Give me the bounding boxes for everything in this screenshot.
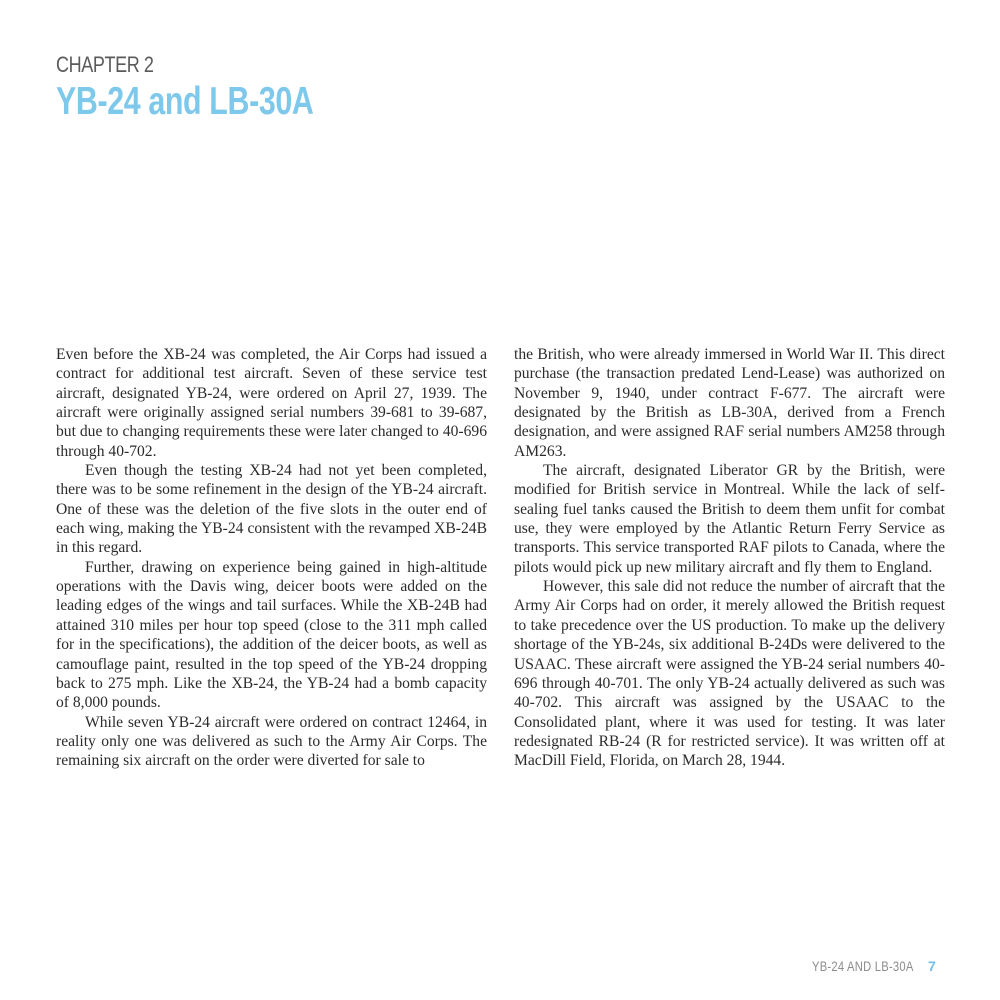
paragraph: The aircraft, designated Liberator GR by… xyxy=(514,461,945,577)
paragraph: However, this sale did not reduce the nu… xyxy=(514,577,945,770)
page-number: 7 xyxy=(928,958,936,974)
chapter-label: CHAPTER 2 xyxy=(56,52,154,78)
paragraph: Even though the testing XB-24 had not ye… xyxy=(56,461,487,558)
chapter-title: YB-24 and LB-30A xyxy=(56,80,313,124)
left-text-column: Even before the XB-24 was completed, the… xyxy=(56,345,487,771)
paragraph: While seven YB-24 aircraft were ordered … xyxy=(56,713,487,771)
running-title: YB-24 AND LB-30A xyxy=(812,958,914,974)
right-text-column: the British, who were already immersed i… xyxy=(514,345,945,771)
page-footer: YB-24 AND LB-30A 7 xyxy=(812,958,939,976)
paragraph: the British, who were already immersed i… xyxy=(514,345,945,461)
paragraph: Further, drawing on experience being gai… xyxy=(56,558,487,713)
paragraph: Even before the XB-24 was completed, the… xyxy=(56,345,487,461)
